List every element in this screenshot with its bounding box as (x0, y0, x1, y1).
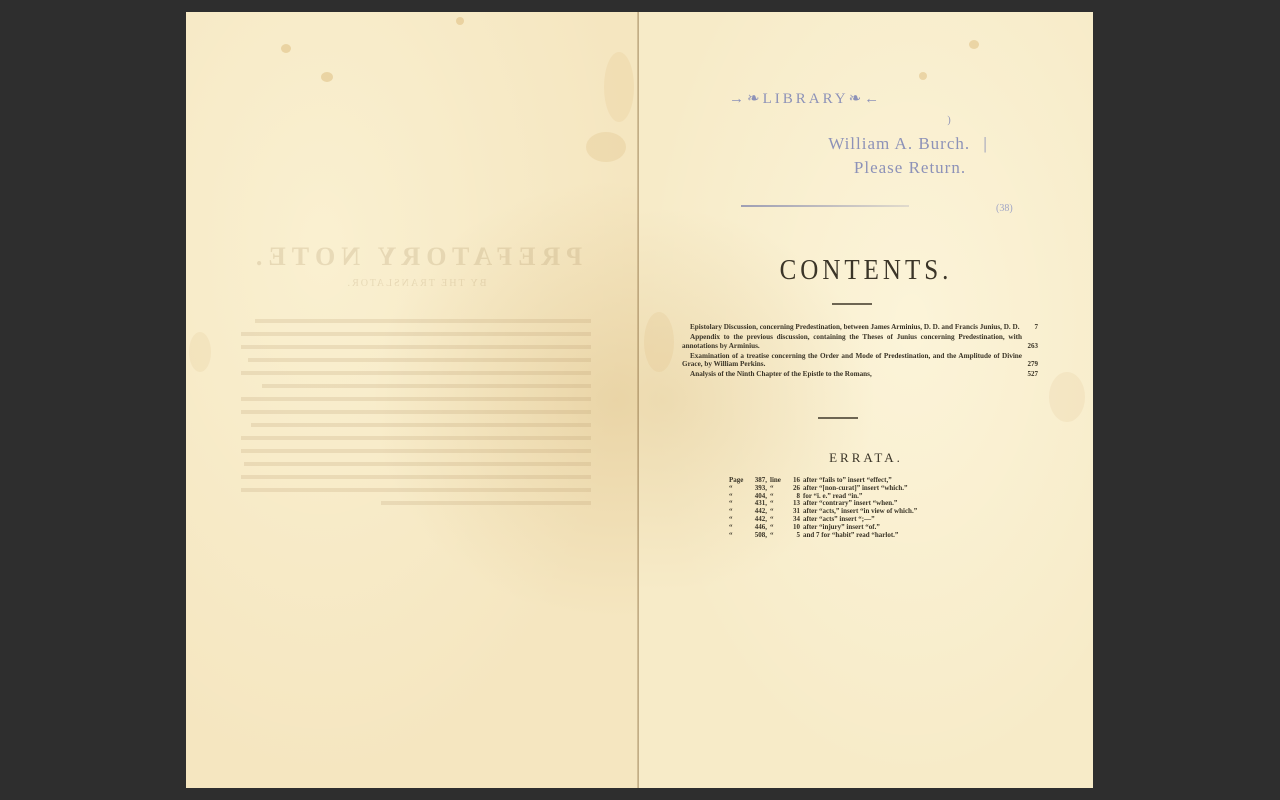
toc-entry-page: 527 (1028, 370, 1039, 379)
toc-entry-page: 263 (1028, 342, 1039, 351)
toc-entry-text: Appendix to the previous discussion, con… (682, 333, 1022, 350)
foxing-spot (321, 72, 333, 82)
stamp-number: (38) (996, 203, 1013, 214)
left-page: PREFATORY NOTE. BY THE TRANSLATOR. (186, 12, 639, 788)
toc-entry: Examination of a treatise concerning the… (682, 352, 1022, 369)
section-rule (818, 417, 858, 419)
show-through-paragraph (241, 319, 591, 505)
library-stamp-header: →❧LIBRARY❧← (729, 89, 882, 108)
foxing-spot (1049, 372, 1085, 422)
errata-row: “508,“5and 7 for “habit” read “harlot.” (729, 532, 917, 540)
library-stamp-owner: William A. Burch. | (681, 134, 1135, 154)
toc-entry-text: Examination of a treatise concerning the… (682, 352, 1022, 369)
foxing-spot (189, 332, 211, 372)
table-of-contents: Epistolary Discussion, concerning Predes… (682, 323, 1022, 380)
library-stamp-mark: ) (722, 115, 1176, 126)
foxing-spot (644, 312, 674, 372)
foxing-spot (281, 44, 291, 53)
foxing-spot (969, 40, 979, 49)
owner-name: William A. Burch. (828, 134, 970, 153)
foxing-spot (456, 17, 464, 25)
foxing-spot (919, 72, 927, 80)
errata-list: Page387,line16after “fails to” insert “e… (729, 477, 917, 539)
toc-entry-page: 279 (1028, 360, 1039, 369)
show-through-text: PREFATORY NOTE. BY THE TRANSLATOR. (241, 242, 591, 514)
toc-entry: Analysis of the Ninth Chapter of the Epi… (682, 370, 1022, 379)
library-stamp-instruction: Please Return. (683, 158, 1137, 178)
toc-entry: Appendix to the previous discussion, con… (682, 333, 1022, 350)
book-spread: PREFATORY NOTE. BY THE TRANSLATOR. (186, 12, 1093, 788)
owner-mark: | (983, 134, 987, 153)
errata-heading: ERRATA. (639, 450, 1093, 466)
show-through-title: PREFATORY NOTE. (241, 242, 591, 272)
foxing-spot (586, 132, 626, 162)
foxing-spot (604, 52, 634, 122)
stamp-underline (741, 205, 909, 207)
toc-entry: Epistolary Discussion, concerning Predes… (682, 323, 1022, 332)
contents-heading: CONTENTS. (639, 255, 1093, 287)
toc-entry-text: Epistolary Discussion, concerning Predes… (682, 323, 1022, 332)
show-through-subtitle: BY THE TRANSLATOR. (241, 278, 591, 289)
toc-entry-text: Analysis of the Ninth Chapter of the Epi… (682, 370, 1022, 379)
toc-entry-page: 7 (1035, 323, 1039, 332)
contents-rule (832, 303, 872, 305)
right-page: →❧LIBRARY❧← ) William A. Burch. | Please… (639, 12, 1093, 788)
